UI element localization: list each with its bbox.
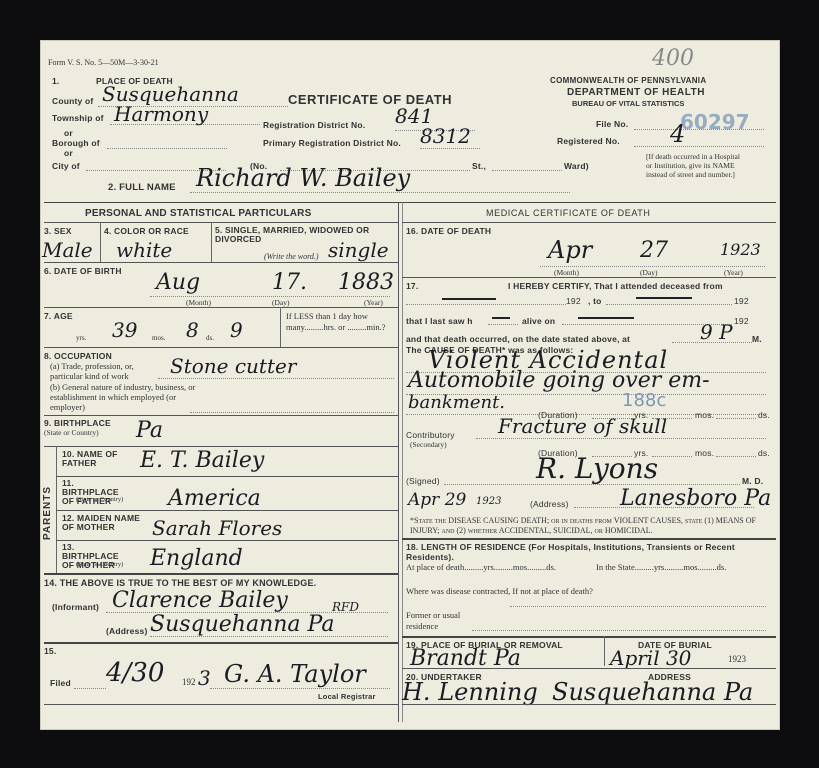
secondary-ds-label: ds. [758, 448, 770, 458]
occupation-value: Stone cutter [170, 354, 296, 378]
date-of-birth-label: 6. DATE OF BIRTH [44, 266, 122, 276]
personal-section-title: PERSONAL AND STATISTICAL PARTICULARS [85, 208, 311, 219]
occupation-a-label: (a) Trade, profession, or, particular ki… [50, 361, 166, 381]
city-label: City of [52, 161, 80, 171]
section-number-1: 1. [52, 76, 60, 86]
medical-section-title: MEDICAL CERTIFICATE OF DEATH [486, 208, 650, 218]
death-year-caption: (Year) [724, 268, 743, 277]
occupation-b-label: (b) General nature of industry, business… [50, 382, 198, 412]
former-residence-label: Former or usual residence [406, 610, 486, 632]
local-registrar-label: Local Registrar [318, 692, 376, 701]
date-of-death-label: 16. DATE OF DEATH [406, 226, 491, 236]
age-months-value: 8 [186, 318, 199, 342]
less-than-day-note: If LESS than 1 day how many.........hrs.… [286, 311, 396, 333]
race-label: 4. COLOR OR RACE [104, 226, 189, 236]
meridiem-label: M. [752, 334, 762, 344]
registered-number-value: 4 [670, 120, 685, 148]
township-label: Township of [52, 113, 104, 123]
mother-birthplace-value: England [150, 546, 243, 571]
age-mos-caption: mos. [152, 334, 165, 342]
death-certificate: Form V. S. No. 5—50M—3-30-21 400 1. PLAC… [40, 40, 780, 730]
residence-in-state: In the State.........yrs.........mos....… [596, 562, 776, 573]
birth-year-value: 1883 [338, 270, 394, 295]
day-caption: (Day) [272, 298, 290, 307]
county-label: County of [52, 96, 93, 106]
borough-label: Borough of [52, 138, 100, 148]
true-statement: 14. THE ABOVE IS TRUE TO THE BEST OF MY … [44, 578, 316, 588]
undertaker-value: H. Lenning [402, 678, 538, 706]
file-number-value: 60297 [680, 110, 750, 134]
local-registrar-signature: G. A. Taylor [224, 660, 366, 688]
death-year-value: 1923 [720, 240, 761, 259]
year-caption: (Year) [364, 298, 383, 307]
form-number: Form V. S. No. 5—50M—3-30-21 [48, 58, 159, 67]
length-of-residence-label: 18. LENGTH OF RESIDENCE (For Hospitals, … [406, 542, 772, 562]
cause-footnote: *State the DISEASE CAUSING DEATH; or in … [410, 516, 774, 536]
father-name-value: E. T. Bailey [140, 448, 264, 473]
secondary-label: (Secondary) [410, 440, 447, 449]
alive-on-year: 192 [734, 316, 749, 326]
street-label: St., [472, 161, 486, 171]
department-label: DEPARTMENT OF HEALTH [567, 87, 705, 98]
marital-hint: (Write the word.) [264, 252, 319, 261]
secondary-mos-label: mos. [695, 448, 714, 458]
death-day-value: 27 [640, 238, 668, 263]
alive-on-label: alive on [522, 316, 555, 326]
cause-code: 188c [622, 390, 666, 411]
birthplace-label: 9. BIRTHPLACE [44, 418, 111, 428]
burial-year-prefix: 1923 [728, 654, 746, 664]
sex-value: Male [42, 238, 93, 262]
filed-date-value: 4/30 [106, 658, 164, 688]
full-name-label: 2. FULL NAME [108, 182, 176, 193]
signed-label: (Signed) [406, 476, 440, 486]
father-name-label: 10. NAME OF FATHER [62, 450, 132, 468]
attended-to-year: 192 [734, 296, 749, 306]
or-label-2: or [64, 148, 73, 158]
attended-to-label: , to [588, 296, 602, 306]
father-birthplace-value: America [168, 486, 261, 511]
age-days-value: 9 [230, 318, 243, 342]
filed-year-prefix: 192 [182, 677, 196, 687]
contributory-value: Fracture of skull [498, 414, 667, 438]
time-of-death-value: 9 P [700, 320, 733, 344]
corner-number: 400 [652, 46, 694, 71]
filed-label: Filed [50, 678, 71, 688]
race-value: white [116, 238, 172, 262]
signed-date-value: Apr 29 [408, 490, 466, 510]
mother-birthplace-hint: (State or Country) [76, 561, 123, 568]
certify-statement: I HEREBY CERTIFY, That I attended deceas… [508, 281, 723, 291]
primary-registration-value: 8312 [420, 124, 471, 148]
sex-label: 3. SEX [44, 226, 72, 236]
md-label: M. D. [742, 476, 763, 486]
where-contracted-label: Where was disease contracted, If not at … [406, 586, 606, 597]
cause-line-3: bankment. [408, 392, 505, 413]
birthplace-hint: (State or Country) [44, 428, 99, 437]
section-number-17: 17. [406, 281, 418, 291]
parents-label: PARENTS [42, 486, 53, 540]
undertaker-address-value: Susquehanna Pa [552, 678, 753, 706]
informant-address-value: Susquehanna Pa [150, 612, 334, 637]
birthplace-value: Pa [136, 418, 163, 443]
township-value: Harmony [114, 102, 208, 126]
mother-maiden-name-value: Sarah Flores [152, 516, 282, 540]
burial-date-value: April 30 [610, 646, 691, 670]
age-years-value: 39 [112, 318, 137, 342]
informant-label: (Informant) [52, 602, 99, 612]
filed-year-suffix: 3 [198, 666, 211, 690]
hospital-note: [If death occurred in a Hospital or Inst… [646, 152, 746, 179]
age-yrs-caption: yrs. [76, 334, 86, 342]
death-day-caption: (Day) [640, 268, 658, 277]
death-occurred-label: and that death occurred, on the date sta… [406, 334, 630, 344]
occupation-label: 8. OCCUPATION [44, 351, 112, 361]
duration-mos-label: mos. [695, 410, 714, 420]
primary-registration-label: Primary Registration District No. [263, 138, 401, 148]
last-saw-label: that I last saw h [406, 316, 473, 326]
file-number-label: File No. [596, 119, 628, 129]
informant-value: Clarence Bailey [112, 588, 288, 613]
residence-at-place: At place of death.........yrs.........mo… [406, 562, 596, 573]
contributory-label: Contributory [406, 430, 455, 440]
ward-label: Ward) [564, 161, 589, 171]
birth-month-value: Aug [156, 270, 200, 295]
registration-district-label: Registration District No. [263, 120, 365, 130]
or-label-1: or [64, 128, 73, 138]
informant-annotation: RFD [332, 600, 359, 614]
physician-address-label: (Address) [530, 499, 569, 509]
full-name-value: Richard W. Bailey [196, 164, 410, 192]
section-number-15: 15. [44, 646, 56, 656]
commonwealth-label: COMMONWEALTH OF PENNSYLVANIA [550, 76, 706, 85]
month-caption: (Month) [186, 298, 211, 307]
age-ds-caption: ds. [206, 334, 214, 342]
marital-status-value: single [328, 238, 389, 262]
age-label: 7. AGE [44, 311, 73, 321]
attended-from-year: 192 [566, 296, 581, 306]
death-month-value: Apr [548, 236, 592, 264]
father-birthplace-hint: (State or Country) [76, 496, 123, 503]
physician-address-value: Lanesboro Pa [620, 486, 771, 511]
signed-year-value: 1923 [476, 496, 501, 507]
physician-signature: R. Lyons [536, 452, 658, 485]
registered-number-label: Registered No. [557, 136, 620, 146]
mother-maiden-name-label: 12. MAIDEN NAME OF MOTHER [62, 514, 142, 532]
informant-address-label: (Address) [106, 626, 147, 636]
death-month-caption: (Month) [554, 268, 579, 277]
duration-ds-label: ds. [758, 410, 770, 420]
birth-day-value: 17. [272, 270, 307, 295]
bureau-label: BUREAU OF VITAL STATISTICS [572, 99, 684, 108]
